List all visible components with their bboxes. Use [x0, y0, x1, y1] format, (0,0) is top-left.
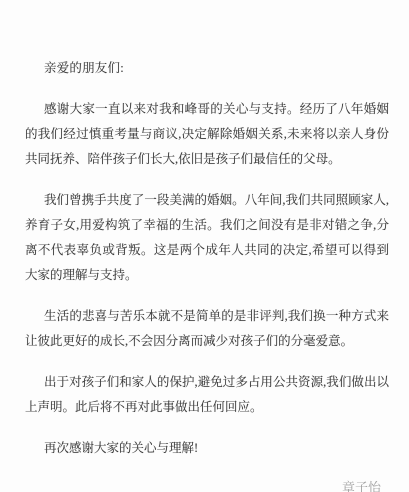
letter-document: 亲爱的朋友们: 感谢大家一直以来对我和峰哥的关心与支持。经历了八年婚姻的我们经过…	[0, 0, 409, 492]
letter-paragraph: 感谢大家一直以来对我和峰哥的关心与支持。经历了八年婚姻的我们经过慎重考量与商议,…	[25, 97, 389, 172]
letter-signature: 章子怡	[342, 481, 381, 492]
letter-paragraph: 出于对孩子们和家人的保护,避免过多占用公共资源,我们做出以上声明。此后将不再对此…	[25, 370, 389, 420]
letter-greeting: 亲爱的朋友们:	[25, 56, 389, 81]
letter-paragraph: 再次感谢大家的关心与理解!	[25, 436, 389, 461]
letter-paragraph: 生活的悲喜与苦乐本就不是简单的是非评判,我们换一种方式来让彼此更好的成长,不会因…	[25, 304, 389, 354]
letter-paragraph: 我们曾携手共度了一段美满的婚姻。八年间,我们共同照顾家人,养育子女,用爱构筑了幸…	[25, 188, 389, 288]
